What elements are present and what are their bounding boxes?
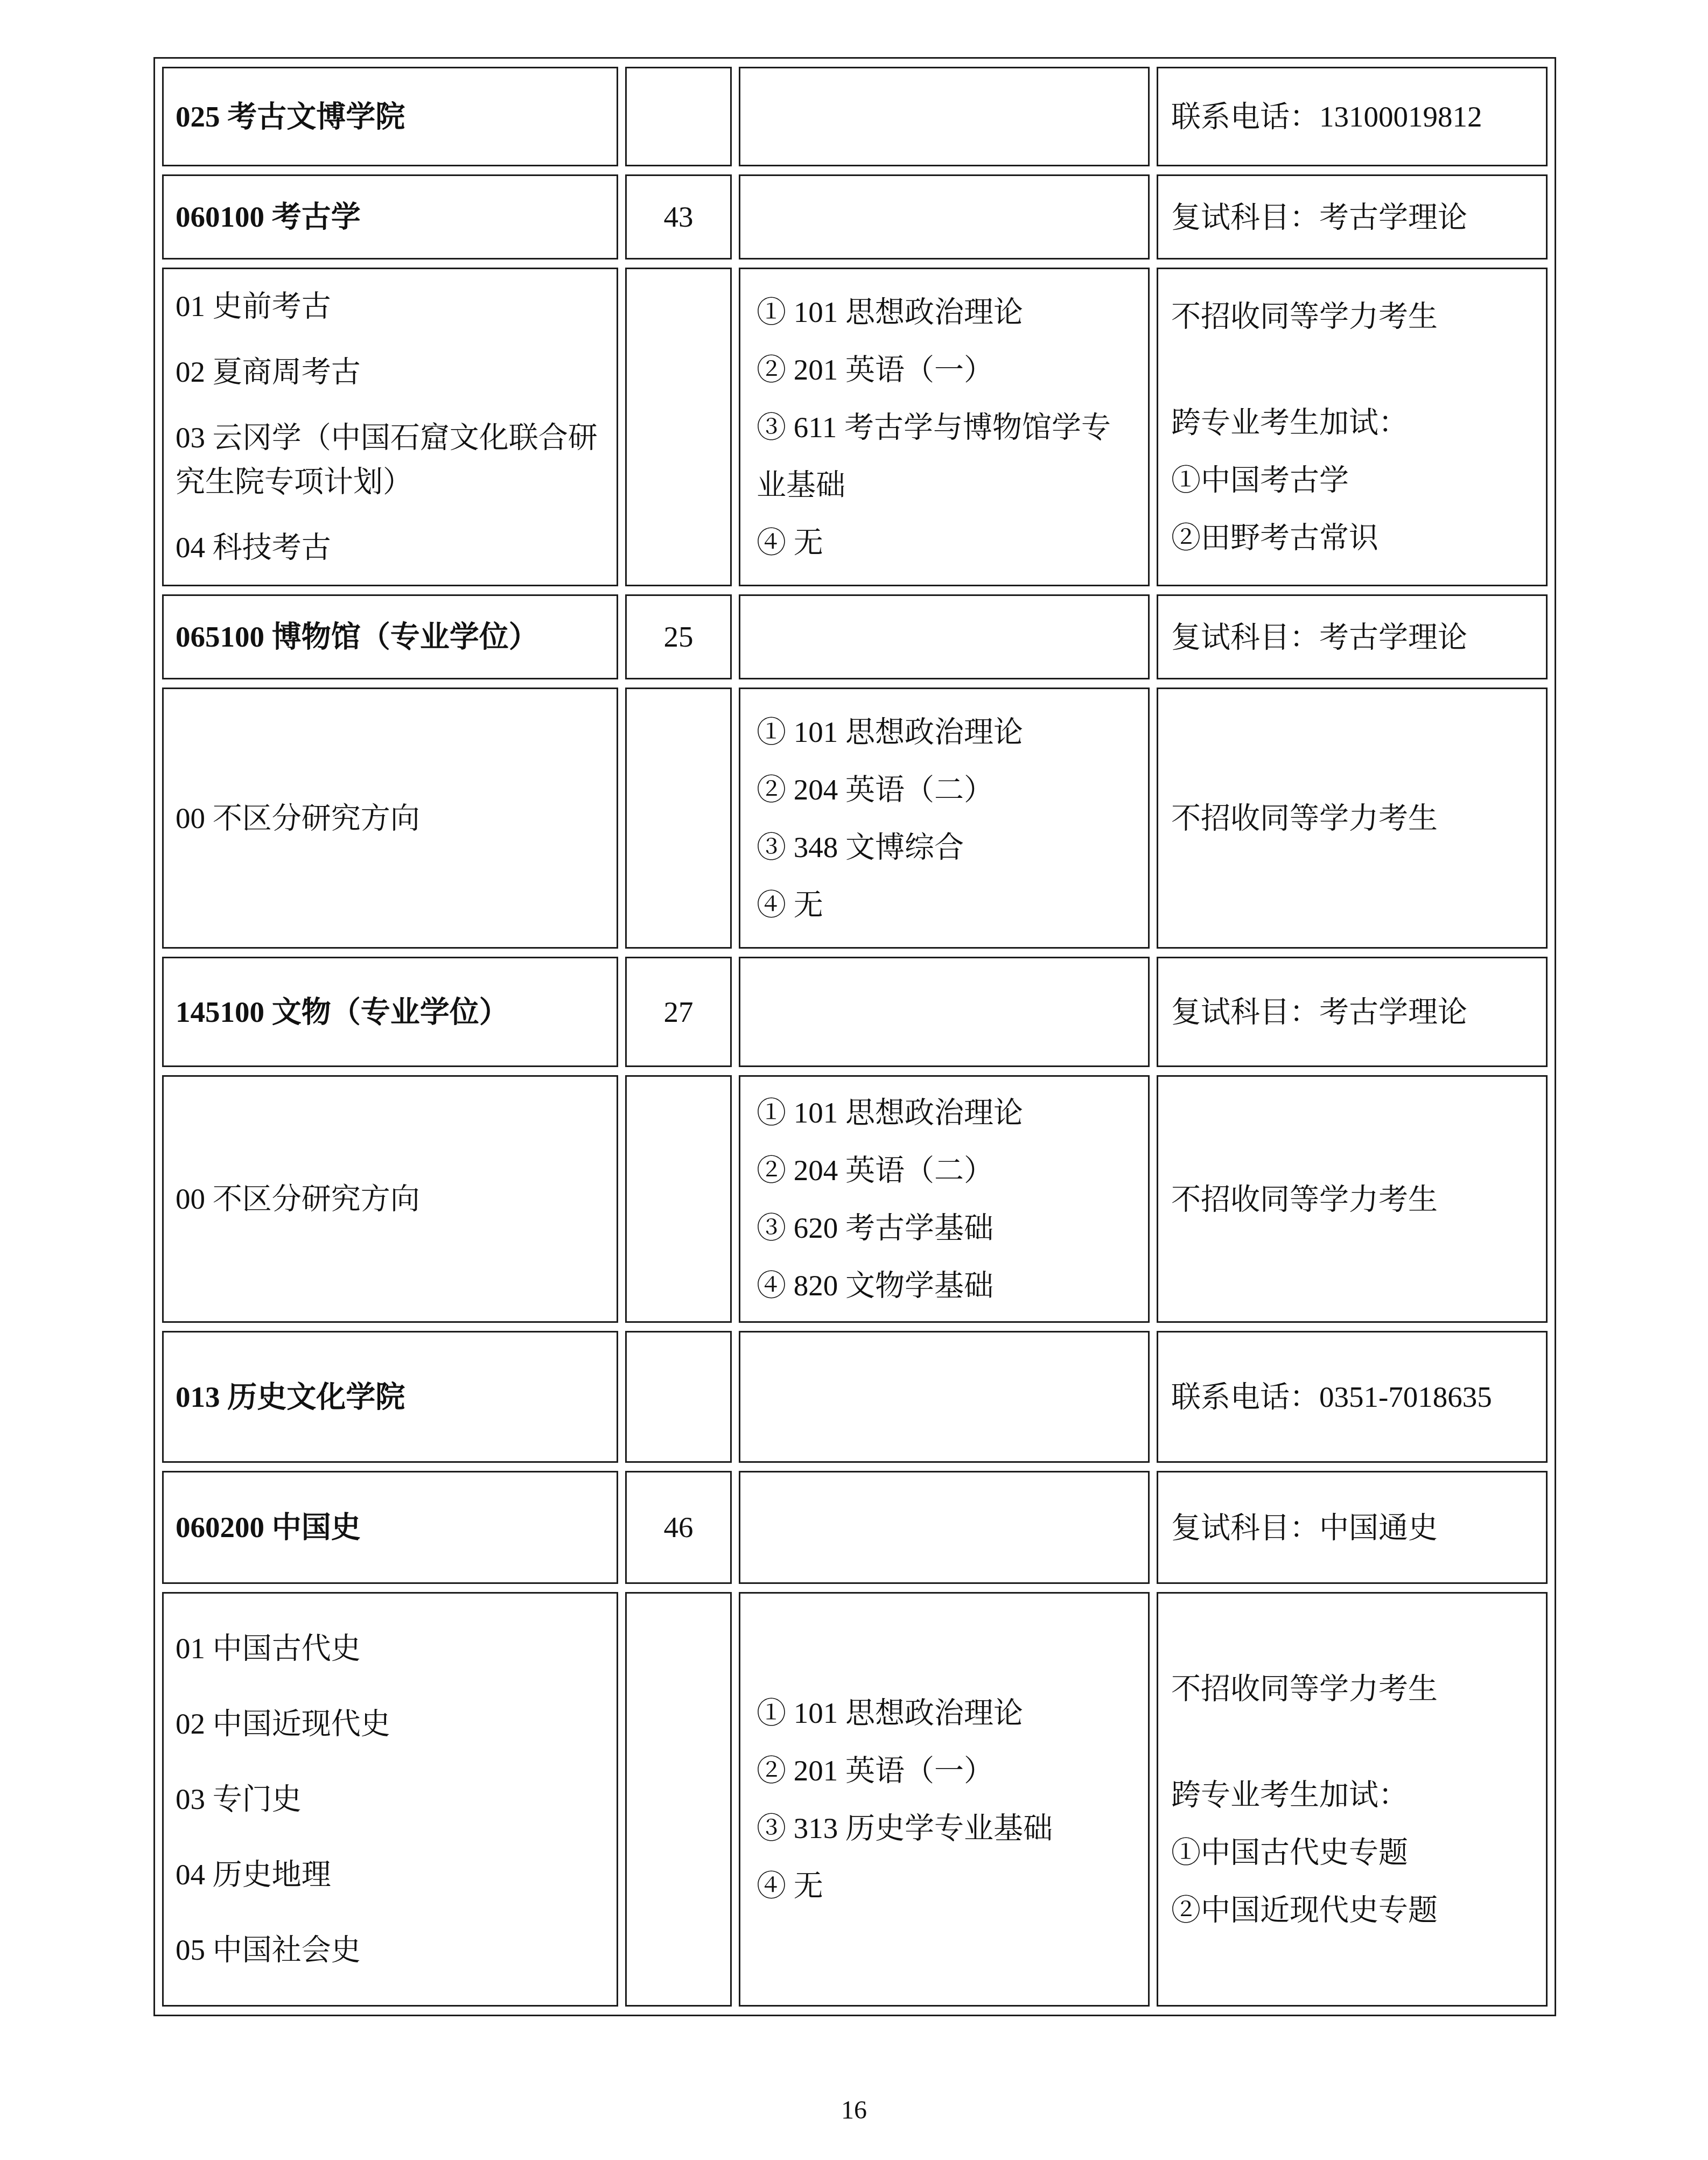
subject-item: ③ 348 文博综合 bbox=[757, 818, 1128, 876]
exam-subjects: ① 101 思想政治理论 ② 204 英语（二） ③ 620 考古学基础 ④ 8… bbox=[757, 1084, 1128, 1314]
major-name-cell: 060100 考古学 bbox=[162, 174, 618, 260]
quota-cell-empty bbox=[625, 1331, 732, 1463]
quota-cell-empty bbox=[625, 1592, 732, 2007]
remark-line: 跨专业考生加试： bbox=[1171, 394, 1537, 451]
direction-item: 01 史前考古 bbox=[176, 284, 610, 328]
table-row-directions-060100: 01 史前考古 02 夏商周考古 03 云冈学（中国石窟文化联合研究生院专项计划… bbox=[162, 268, 1548, 586]
exam-subjects: ① 101 思想政治理论 ② 201 英语（一） ③ 611 考古学与博物馆学专… bbox=[757, 283, 1128, 571]
table-row-directions-065100: 00 不区分研究方向 ① 101 思想政治理论 ② 204 英语（二） ③ 34… bbox=[162, 688, 1548, 949]
table-row-major-060200: 060200 中国史 46 复试科目：中国通史 bbox=[162, 1471, 1548, 1584]
exam-subjects: ① 101 思想政治理论 ② 204 英语（二） ③ 348 文博综合 ④ 无 bbox=[757, 703, 1128, 934]
college-name: 025 考古文博学院 bbox=[176, 96, 610, 138]
subject-item: ③ 620 考古学基础 bbox=[757, 1199, 1128, 1257]
enrollment-quota: 27 bbox=[664, 995, 694, 1028]
remarks-cell: 联系电话：0351-7018635 bbox=[1157, 1331, 1548, 1463]
subject-item: ① 101 思想政治理论 bbox=[757, 283, 1128, 341]
quota-cell: 27 bbox=[625, 957, 732, 1067]
subject-item: ④ 无 bbox=[757, 876, 1128, 934]
directions-cell: 01 中国古代史 02 中国近现代史 03 专门史 04 历史地理 05 中国社… bbox=[162, 1592, 618, 2007]
exam-subjects: ① 101 思想政治理论 ② 201 英语（一） ③ 313 历史学专业基础 ④… bbox=[757, 1684, 1128, 1914]
enrollment-quota: 25 bbox=[664, 620, 694, 653]
remark-line: 不招收同等学力考生 bbox=[1171, 1660, 1537, 1717]
college-name: 013 历史文化学院 bbox=[176, 1376, 610, 1418]
direction-item: 02 夏商周考古 bbox=[176, 350, 610, 394]
direction-item: 04 科技考古 bbox=[176, 525, 610, 570]
subject-item: ④ 无 bbox=[757, 514, 1128, 571]
retest-subject: 复试科目：考古学理论 bbox=[1171, 608, 1537, 666]
major-name-cell: 145100 文物（专业学位） bbox=[162, 957, 618, 1067]
quota-cell: 25 bbox=[625, 594, 732, 679]
remark-line: 不招收同等学力考生 bbox=[1171, 789, 1537, 847]
subjects-cell: ① 101 思想政治理论 ② 204 英语（二） ③ 348 文博综合 ④ 无 bbox=[739, 688, 1150, 949]
quota-cell-empty bbox=[625, 688, 732, 949]
direction-item: 03 云冈学（中国石窟文化联合研究生院专项计划） bbox=[176, 416, 610, 504]
major-name: 065100 博物馆（专业学位） bbox=[176, 616, 610, 658]
major-name-cell: 065100 博物馆（专业学位） bbox=[162, 594, 618, 679]
subject-item: ③ 313 历史学专业基础 bbox=[757, 1799, 1128, 1857]
remarks-cell: 不招收同等学力考生 跨专业考生加试： ①中国古代史专题 ②中国近现代史专题 bbox=[1157, 1592, 1548, 2007]
subject-item: ② 204 英语（二） bbox=[757, 1141, 1128, 1199]
remarks-cell: 不招收同等学力考生 跨专业考生加试： ①中国考古学 ②田野考古常识 bbox=[1157, 268, 1548, 586]
subject-item: ③ 611 考古学与博物馆学专业基础 bbox=[757, 398, 1128, 514]
table-row-major-060100: 060100 考古学 43 复试科目：考古学理论 bbox=[162, 174, 1548, 260]
table-row-directions-145100: 00 不区分研究方向 ① 101 思想政治理论 ② 204 英语（二） ③ 62… bbox=[162, 1075, 1548, 1323]
direction-item: 01 中国古代史 bbox=[176, 1626, 610, 1671]
subjects-cell: ① 101 思想政治理论 ② 201 英语（一） ③ 313 历史学专业基础 ④… bbox=[739, 1592, 1150, 2007]
direction-item: 04 历史地理 bbox=[176, 1853, 610, 1897]
table-row-directions-060200: 01 中国古代史 02 中国近现代史 03 专门史 04 历史地理 05 中国社… bbox=[162, 1592, 1548, 2007]
major-name: 060200 中国史 bbox=[176, 1506, 610, 1548]
direction-item: 00 不区分研究方向 bbox=[176, 797, 610, 839]
quota-cell-empty bbox=[625, 1075, 732, 1323]
subject-item: ④ 820 文物学基础 bbox=[757, 1257, 1128, 1314]
enrollment-quota: 46 bbox=[664, 1511, 694, 1544]
remark-line: 跨专业考生加试： bbox=[1171, 1766, 1537, 1824]
document-page: 025 考古文博学院 联系电话：13100019812 060100 考古学 4… bbox=[0, 0, 1708, 2160]
subject-item: ④ 无 bbox=[757, 1857, 1128, 1914]
retest-subject: 复试科目：中国通史 bbox=[1171, 1499, 1537, 1556]
retest-subject: 复试科目：考古学理论 bbox=[1171, 188, 1537, 246]
subject-item: ② 201 英语（一） bbox=[757, 1742, 1128, 1799]
major-name: 145100 文物（专业学位） bbox=[176, 991, 610, 1033]
subjects-cell: ① 101 思想政治理论 ② 201 英语（一） ③ 611 考古学与博物馆学专… bbox=[739, 268, 1150, 586]
remark-line: 不招收同等学力考生 bbox=[1171, 287, 1537, 345]
subjects-cell-empty bbox=[739, 1471, 1150, 1584]
research-directions: 01 史前考古 02 夏商周考古 03 云冈学（中国石窟文化联合研究生院专项计划… bbox=[176, 284, 610, 570]
table-row-college-025: 025 考古文博学院 联系电话：13100019812 bbox=[162, 67, 1548, 166]
remarks-cell: 不招收同等学力考生 bbox=[1157, 688, 1548, 949]
remark-line: ②中国近现代史专题 bbox=[1171, 1881, 1537, 1939]
admissions-table: 025 考古文博学院 联系电话：13100019812 060100 考古学 4… bbox=[155, 59, 1555, 2015]
remark-line: ②田野考古常识 bbox=[1171, 509, 1537, 566]
direction-item: 03 专门史 bbox=[176, 1777, 610, 1821]
subject-item: ② 204 英语（二） bbox=[757, 761, 1128, 818]
directions-cell: 01 史前考古 02 夏商周考古 03 云冈学（中国石窟文化联合研究生院专项计划… bbox=[162, 268, 618, 586]
remarks: 不招收同等学力考生 跨专业考生加试： ①中国考古学 ②田野考古常识 bbox=[1171, 287, 1537, 566]
college-name-cell: 025 考古文博学院 bbox=[162, 67, 618, 166]
quota-cell-empty bbox=[625, 67, 732, 166]
enrollment-quota: 43 bbox=[664, 200, 694, 233]
retest-subject: 复试科目：考古学理论 bbox=[1171, 983, 1537, 1041]
admissions-table-border: 025 考古文博学院 联系电话：13100019812 060100 考古学 4… bbox=[153, 57, 1556, 2016]
contact-phone: 联系电话：0351-7018635 bbox=[1171, 1368, 1537, 1426]
quota-cell: 43 bbox=[625, 174, 732, 260]
subjects-cell-empty bbox=[739, 174, 1150, 260]
page-number: 16 bbox=[0, 2095, 1708, 2125]
major-name-cell: 060200 中国史 bbox=[162, 1471, 618, 1584]
directions-cell: 00 不区分研究方向 bbox=[162, 1075, 618, 1323]
remarks-cell: 复试科目：中国通史 bbox=[1157, 1471, 1548, 1584]
direction-item: 00 不区分研究方向 bbox=[176, 1178, 610, 1220]
remarks-cell: 不招收同等学力考生 bbox=[1157, 1075, 1548, 1323]
table-row-major-145100: 145100 文物（专业学位） 27 复试科目：考古学理论 bbox=[162, 957, 1548, 1067]
subjects-cell-empty bbox=[739, 957, 1150, 1067]
cross-major-addendum: 跨专业考生加试： ①中国古代史专题 ②中国近现代史专题 bbox=[1171, 1766, 1537, 1939]
remarks-cell: 复试科目：考古学理论 bbox=[1157, 957, 1548, 1067]
subject-item: ① 101 思想政治理论 bbox=[757, 1684, 1128, 1742]
directions-cell: 00 不区分研究方向 bbox=[162, 688, 618, 949]
remark-line: 不招收同等学力考生 bbox=[1171, 1170, 1537, 1228]
quota-cell-empty bbox=[625, 268, 732, 586]
subject-item: ① 101 思想政治理论 bbox=[757, 1084, 1128, 1141]
subjects-cell-empty bbox=[739, 1331, 1150, 1463]
contact-phone: 联系电话：13100019812 bbox=[1171, 88, 1537, 145]
cross-major-addendum: 跨专业考生加试： ①中国考古学 ②田野考古常识 bbox=[1171, 394, 1537, 566]
remarks: 不招收同等学力考生 跨专业考生加试： ①中国古代史专题 ②中国近现代史专题 bbox=[1171, 1660, 1537, 1939]
table-row-major-065100: 065100 博物馆（专业学位） 25 复试科目：考古学理论 bbox=[162, 594, 1548, 679]
subjects-cell-empty bbox=[739, 67, 1150, 166]
college-name-cell: 013 历史文化学院 bbox=[162, 1331, 618, 1463]
remarks-cell: 复试科目：考古学理论 bbox=[1157, 594, 1548, 679]
direction-item: 05 中国社会史 bbox=[176, 1928, 610, 1972]
remark-line: ①中国考古学 bbox=[1171, 451, 1537, 509]
direction-item: 02 中国近现代史 bbox=[176, 1702, 610, 1746]
major-name: 060100 考古学 bbox=[176, 196, 610, 238]
subject-item: ① 101 思想政治理论 bbox=[757, 703, 1128, 761]
remarks-cell: 联系电话：13100019812 bbox=[1157, 67, 1548, 166]
table-row-college-013: 013 历史文化学院 联系电话：0351-7018635 bbox=[162, 1331, 1548, 1463]
subjects-cell-empty bbox=[739, 594, 1150, 679]
subject-item: ② 201 英语（一） bbox=[757, 341, 1128, 398]
remark-line: ①中国古代史专题 bbox=[1171, 1824, 1537, 1881]
remarks-cell: 复试科目：考古学理论 bbox=[1157, 174, 1548, 260]
quota-cell: 46 bbox=[625, 1471, 732, 1584]
subjects-cell: ① 101 思想政治理论 ② 204 英语（二） ③ 620 考古学基础 ④ 8… bbox=[739, 1075, 1150, 1323]
research-directions: 01 中国古代史 02 中国近现代史 03 专门史 04 历史地理 05 中国社… bbox=[176, 1626, 610, 1972]
